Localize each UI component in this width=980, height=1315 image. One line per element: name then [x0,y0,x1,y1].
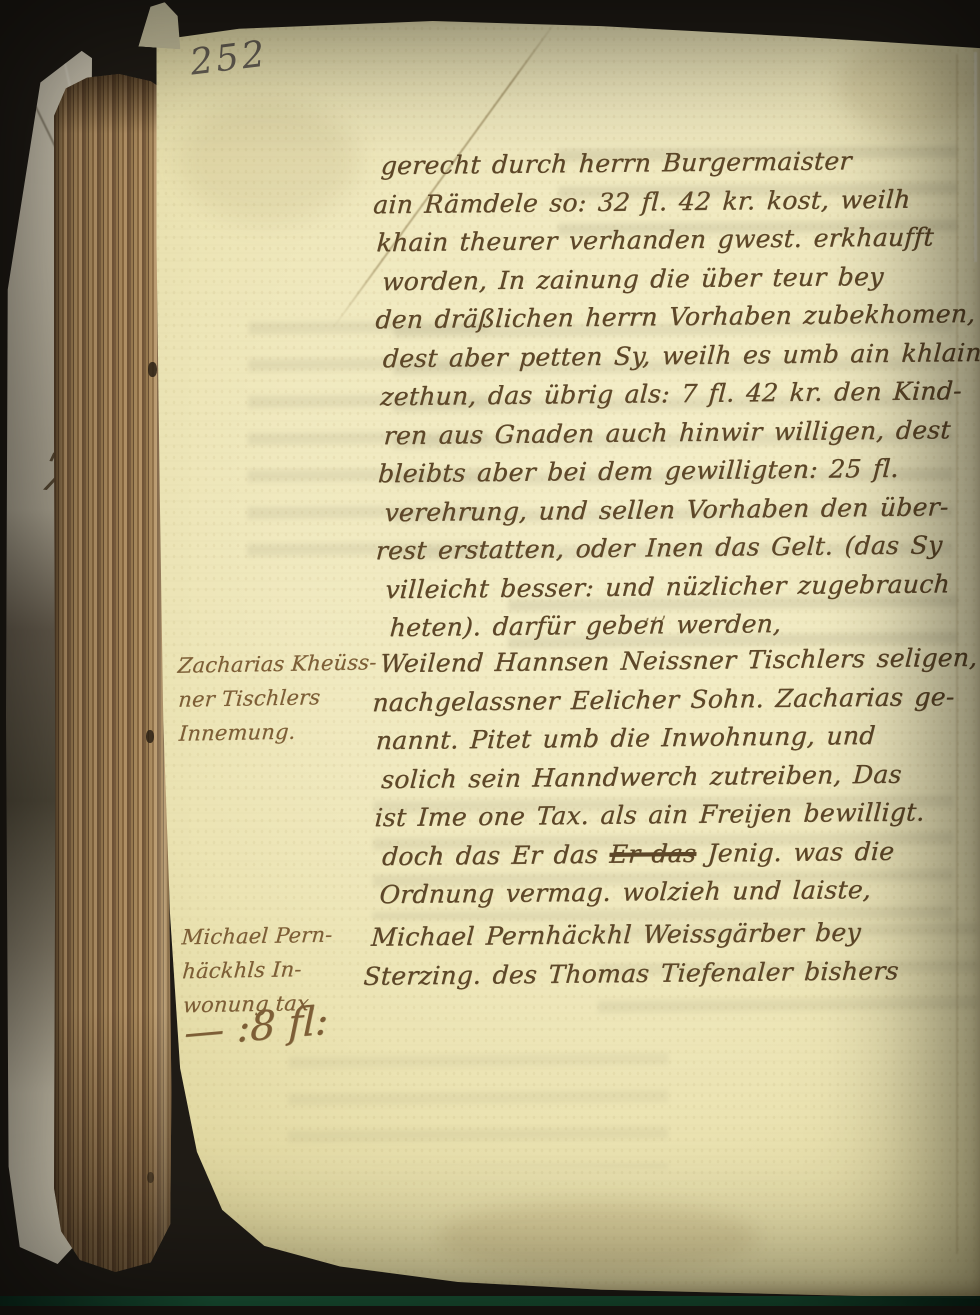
line-segment: Jenig. was die [695,836,895,867]
paper-stain [838,42,978,132]
ink-showthrough [288,1046,669,1169]
margin-note-line: Michael Pern- [180,923,333,960]
margin-note-line: häckhls In- [181,957,334,994]
paragraph-separator-mark: ,,, [641,598,669,625]
margin-note-zacharias: Zacharias Kheüss- ner Tischlers Innemung… [177,650,378,755]
margin-note-line: Innemung. [177,718,378,756]
entry-3-body: Michael Pernhäckhl Weissgärber bey Sterz… [371,917,899,1000]
fore-edge-ink-speck [148,362,157,377]
margin-note-line: ner Tischlers [177,684,378,722]
paper-stain [178,102,358,222]
manuscript-line-with-strikethrough: doch das Er das Er das Jenig. was die [381,835,980,880]
torn-corner-tab [138,1,183,50]
manuscript-line: verehrung, und sellen Vorhaben den über- [383,491,980,536]
paper-stain [438,1202,758,1272]
manuscript-line: ist Ime one Tax. als ain Freijen bewilli… [373,797,980,842]
manuscript-line: worden, In zainung die über teur bey [381,260,980,305]
manuscript-line: rest erstatten, oder Inen das Gelt. (das… [374,530,980,575]
flap-fold-crease [14,64,57,150]
manuscript-line: nachgelassner Eelicher Sohn. Zacharias g… [371,681,979,726]
book-fore-edge [54,74,172,1272]
calibration-strip [0,1296,980,1306]
fore-edge-ink-speck [147,1172,154,1183]
manuscript-line: Michael Pernhäckhl Weissgärber bey [370,917,900,961]
manuscript-line: Sterzing. des Thomas Tiefenaler bishers [362,956,900,1000]
manuscript-line: khain theurer verhanden gwest. erkhaufft [375,222,980,267]
manuscript-page: 252 gerecht durch herrn Burgermaister ai… [138,12,980,1300]
fore-edge-ink-speck [146,730,154,743]
manuscript-line: zethun, das übrig als: 7 fl. 42 kr. den … [379,376,980,421]
manuscript-line: den dräßlichen herrn Vorhaben zubekhomen… [374,299,980,344]
manuscript-photo: 7 252 gerecht durch herrn Burgermaister … [0,0,980,1315]
margin-note-line: Zacharias Kheüss- [176,650,377,688]
page-right-highlight [974,52,977,262]
strikethrough-text: Er das [609,838,697,868]
manuscript-line: ain Rämdele so: 32 fl. 42 kr. kost, weil… [372,183,980,228]
manuscript-line: villeicht besser: und nüzlicher zugebrau… [384,568,980,613]
manuscript-line: solich sein Hanndwerch zutreiben, Das [380,758,980,803]
entry-2-body: Weilend Hannsen Neissner Tischlers selig… [380,643,980,919]
manuscript-line: bleibts aber bei dem gewilligten: 25 fl. [377,453,980,498]
manuscript-line: gerecht durch herrn Burgermaister [379,145,980,190]
manuscript-line: nannt. Pitet umb die Inwohnung, und [374,720,979,765]
line-segment: doch das Er das [381,839,610,870]
manuscript-line: Weilend Hannsen Neissner Tischlers selig… [379,643,979,688]
folio-number: 252 [188,33,270,83]
manuscript-line: Ordnung vermag. wolzieh und laiste, [378,874,980,919]
entry-1-body: gerecht durch herrn Burgermaister ain Rä… [380,145,980,652]
manuscript-line: dest aber petten Sy, weilh es umb ain kh… [381,337,980,382]
manuscript-line: ren aus Gnaden auch hinwir willigen, des… [382,414,980,459]
